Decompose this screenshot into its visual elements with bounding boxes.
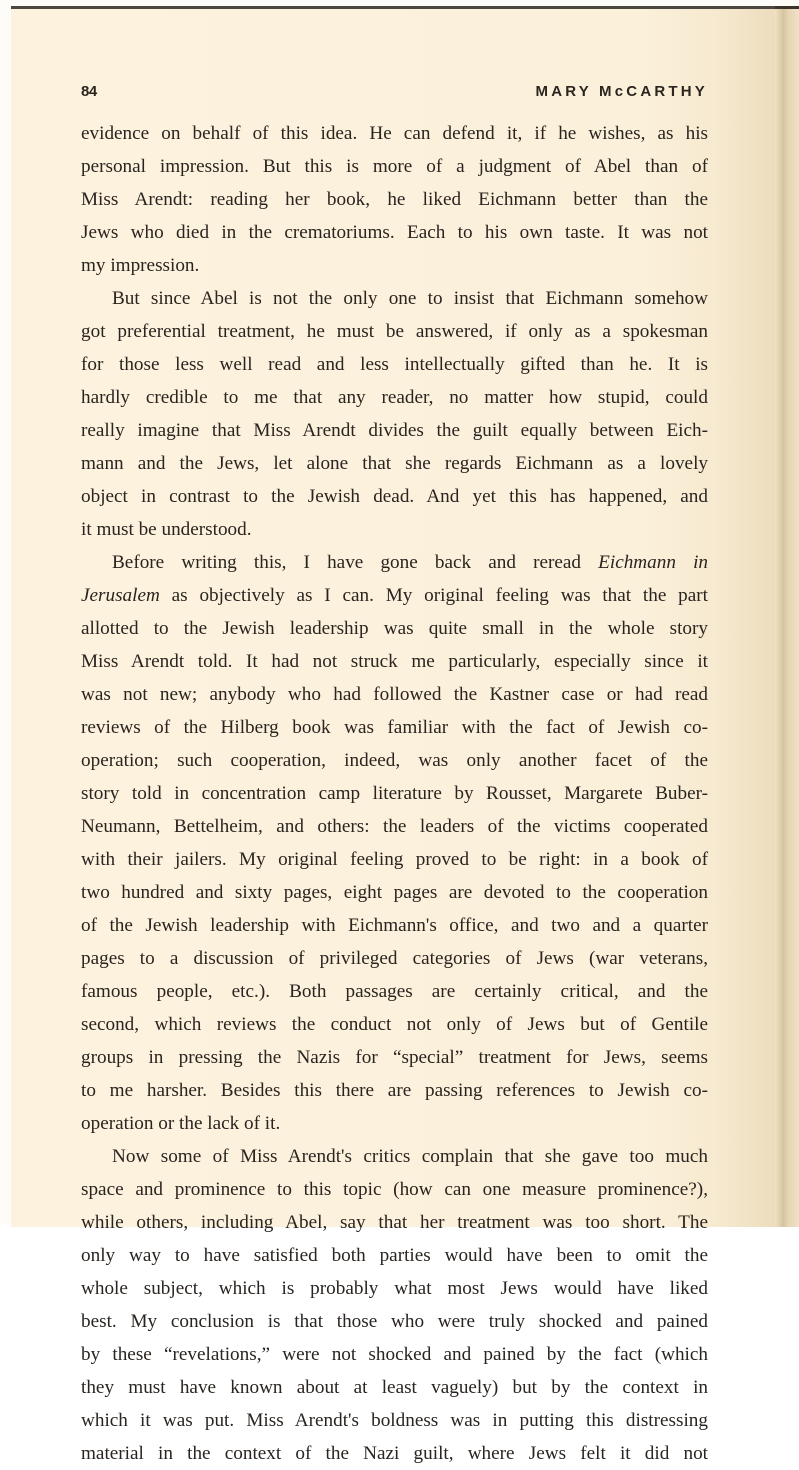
text-line: object in contrast to the Jewish dead. A… xyxy=(81,480,708,513)
book-binding-edge xyxy=(775,6,799,1224)
text-run: Before writing this, I have gone back an… xyxy=(112,552,598,573)
text-line: Miss Arendt told. It had not struck me p… xyxy=(81,645,708,678)
text-line: famous people, etc.). Both passages are … xyxy=(81,975,708,1008)
scanned-page-background: 84 MARY McCARTHY evidence on behalf of t… xyxy=(0,0,799,1224)
page-number: 84 xyxy=(81,83,97,100)
paragraph-2: But since Abel is not the only one to in… xyxy=(81,282,708,546)
text-line: But since Abel is not the only one to in… xyxy=(81,282,708,315)
text-line: groups in pressing the Nazis for “specia… xyxy=(81,1041,708,1074)
text-line: mann and the Jews, let alone that she re… xyxy=(81,447,708,480)
text-line: two hundred and sixty pages, eight pages… xyxy=(81,876,708,909)
paragraph-3: Before writing this, I have gone back an… xyxy=(81,546,708,1140)
text-line: for those less well read and less intell… xyxy=(81,348,708,381)
text-line: while others, including Abel, say that h… xyxy=(81,1206,708,1224)
running-head-author: MARY McCARTHY xyxy=(536,83,708,100)
text-line: space and prominence to this topic (how … xyxy=(81,1173,708,1206)
text-line: allotted to the Jewish leadership was qu… xyxy=(81,612,708,645)
text-line: really imagine that Miss Arendt divides … xyxy=(81,414,708,447)
paragraph-4: Now some of Miss Arendt's critics compla… xyxy=(81,1140,708,1224)
book-title-italic: Jerusalem xyxy=(81,585,160,606)
text-line: was not new; anybody who had followed th… xyxy=(81,678,708,711)
text-line: it must be understood. xyxy=(81,513,708,546)
text-run: as objectively as I can. My original fee… xyxy=(160,585,708,606)
text-line: reviews of the Hilberg book was familiar… xyxy=(81,711,708,744)
text-line: Neumann, Bettelheim, and others: the lea… xyxy=(81,810,708,843)
text-line: Jerusalem as objectively as I can. My or… xyxy=(81,579,708,612)
paragraph-1: evidence on behalf of this idea. He can … xyxy=(81,117,708,282)
text-line: Now some of Miss Arendt's critics compla… xyxy=(81,1140,708,1173)
text-line: operation; such cooperation, indeed, was… xyxy=(81,744,708,777)
text-line: Miss Arendt: reading her book, he liked … xyxy=(81,183,708,216)
text-line: with their jailers. My original feeling … xyxy=(81,843,708,876)
text-line: got preferential treatment, he must be a… xyxy=(81,315,708,348)
text-line: story told in concentration camp literat… xyxy=(81,777,708,810)
text-line: Jews who died in the crematoriums. Each … xyxy=(81,216,708,249)
page-header: 84 MARY McCARTHY xyxy=(81,83,708,105)
text-line: pages to a discussion of privileged cate… xyxy=(81,942,708,975)
text-line: of the Jewish leadership with Eichmann's… xyxy=(81,909,708,942)
text-line: my impression. xyxy=(81,249,708,282)
text-line: operation or the lack of it. xyxy=(81,1107,708,1140)
text-line: Before writing this, I have gone back an… xyxy=(81,546,708,579)
text-line: hardly credible to me that any reader, n… xyxy=(81,381,708,414)
book-title-italic: Eichmann in xyxy=(598,552,708,573)
text-line: evidence on behalf of this idea. He can … xyxy=(81,117,708,150)
text-line: second, which reviews the conduct not on… xyxy=(81,1008,708,1041)
body-text: evidence on behalf of this idea. He can … xyxy=(81,117,708,1224)
text-line: personal impression. But this is more of… xyxy=(81,150,708,183)
text-line: to me harsher. Besides this there are pa… xyxy=(81,1074,708,1107)
